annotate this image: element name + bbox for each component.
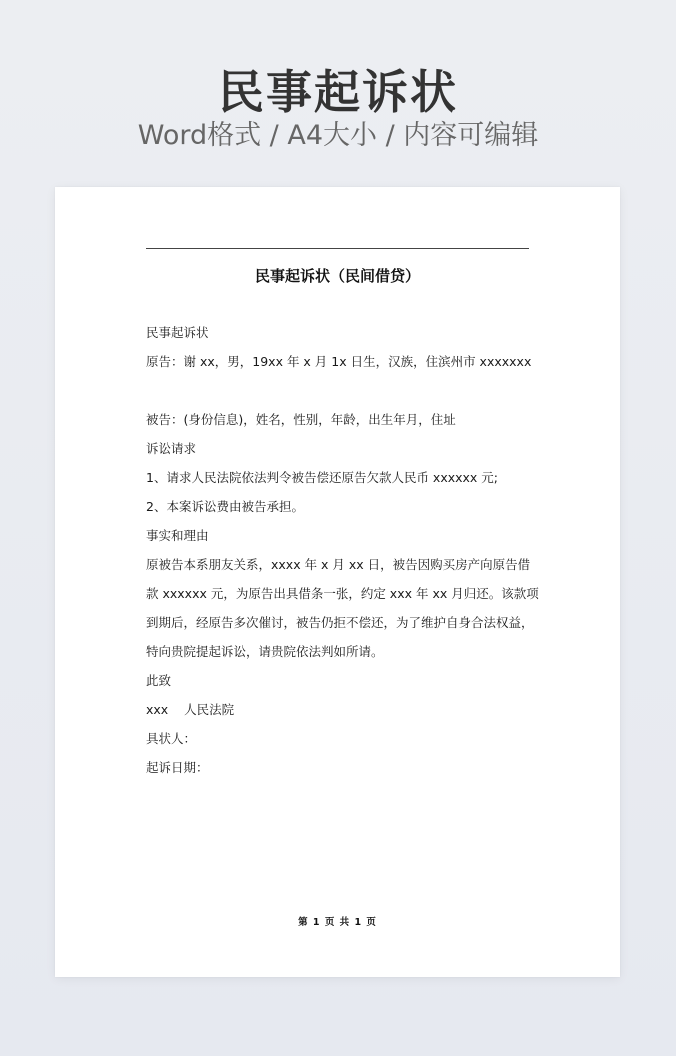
document-page: 民事起诉状（民间借贷） 民事起诉状 原告：谢 xx，男，19xx 年 x 月 1…	[55, 187, 620, 977]
hero-subtitle: Word格式 / A4大小 / 内容可编辑	[0, 118, 676, 154]
body-line-court: xxx 人民法院	[146, 700, 536, 729]
body-line-date: 起诉日期：	[146, 758, 536, 787]
body-line-facts-4: 特向贵院提起诉讼，请贵院依法判如所请。	[146, 642, 536, 671]
body-line-facts-heading: 事实和理由	[146, 526, 536, 555]
body-line-heading: 民事起诉状	[146, 323, 536, 352]
body-line-plaintiff: 原告：谢 xx，男，19xx 年 x 月 1x 日生，汉族，住滨州市 xxxxx…	[146, 352, 536, 381]
body-line-defendant: 被告：(身份信息)，姓名，性别，年龄，出生年月，住址	[146, 410, 536, 439]
page-number-footer: 第 1 页 共 1 页	[55, 914, 620, 928]
header-rule	[146, 248, 529, 249]
document-body: 民事起诉状 原告：谢 xx，男，19xx 年 x 月 1x 日生，汉族，住滨州市…	[146, 323, 536, 787]
body-line-salutation: 此致	[146, 671, 536, 700]
body-line-facts-1: 原被告本系朋友关系，xxxx 年 x 月 xx 日，被告因购买房产向原告借	[146, 555, 536, 584]
document-title: 民事起诉状（民间借贷）	[55, 265, 620, 287]
hero-title: 民事起诉状	[0, 62, 676, 122]
body-line-facts-3: 到期后，经原告多次催讨，被告仍拒不偿还，为了维护自身合法权益，	[146, 613, 536, 642]
body-line-claim-1: 1、请求人民法院依法判令被告偿还原告欠款人民币 xxxxxx 元;	[146, 468, 536, 497]
body-line-facts-2: 款 xxxxxx 元，为原告出具借条一张，约定 xxx 年 xx 月归还。该款项	[146, 584, 536, 613]
body-line-claims-heading: 诉讼请求	[146, 439, 536, 468]
body-line-signer: 具状人：	[146, 729, 536, 758]
body-line-claim-2: 2、本案诉讼费由被告承担。	[146, 497, 536, 526]
